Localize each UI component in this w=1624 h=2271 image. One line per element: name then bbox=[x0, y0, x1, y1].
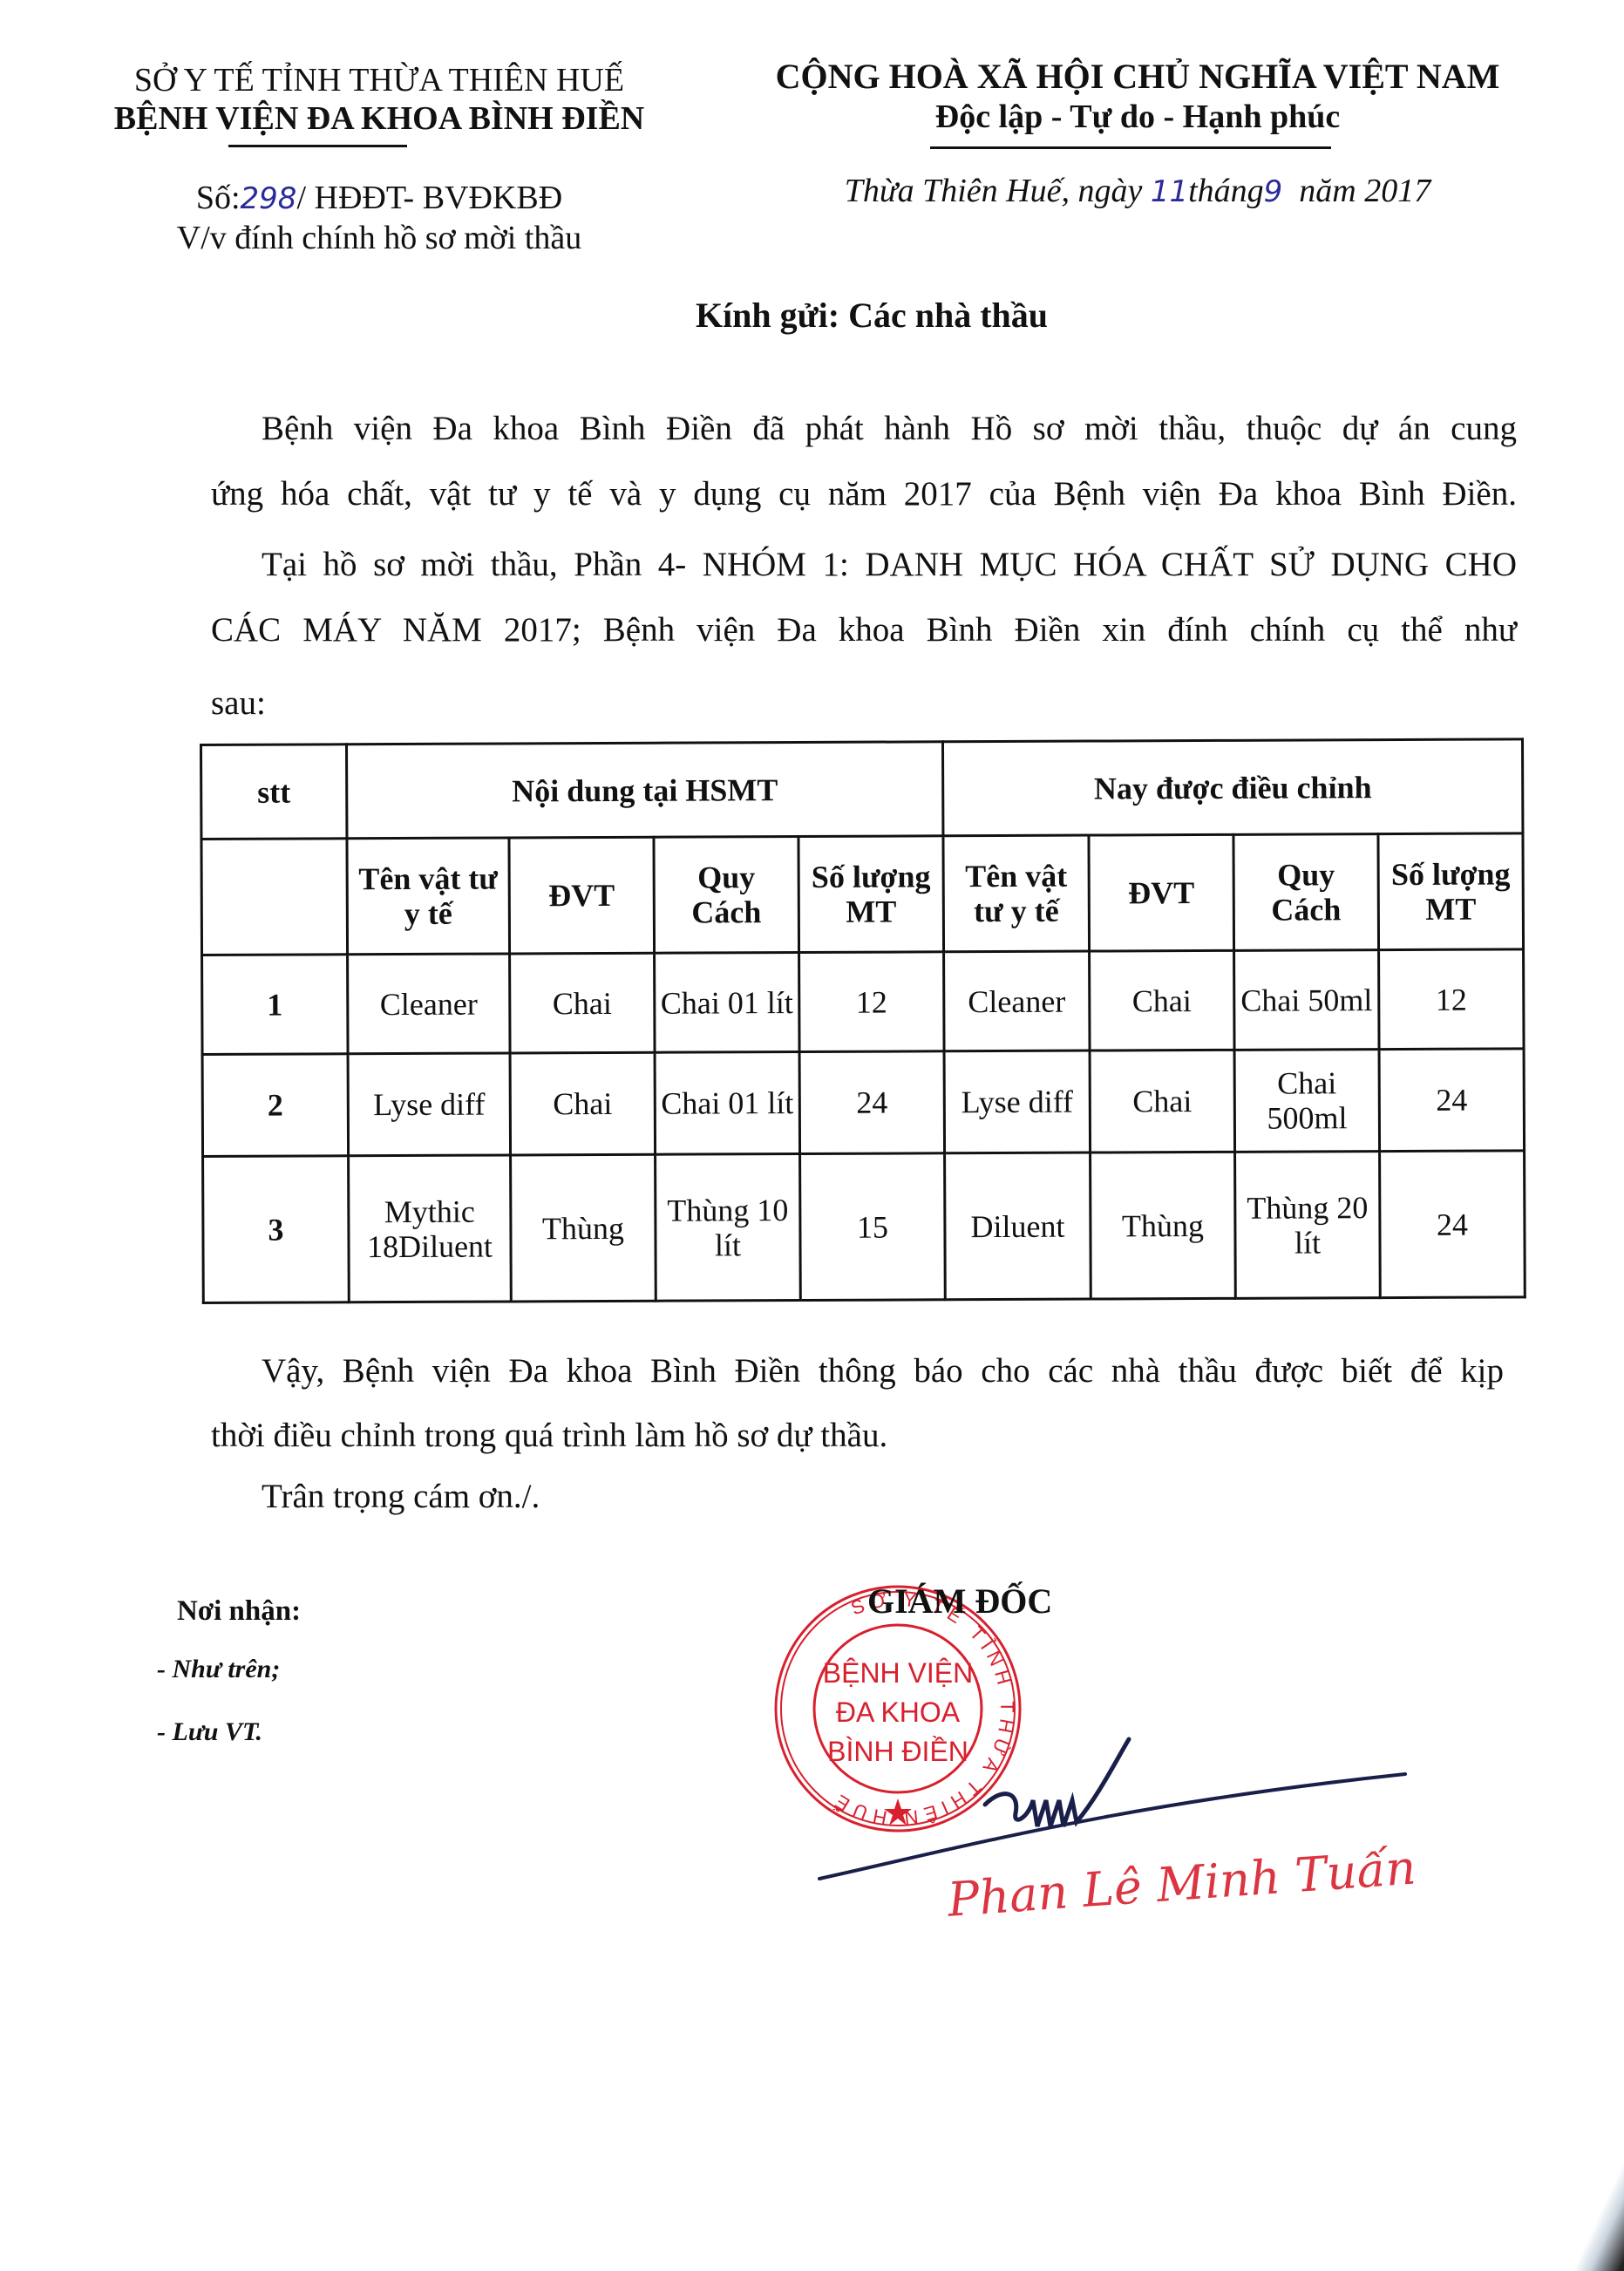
body-line-4: CÁC MÁY NĂM 2017; Bệnh viện Đa khoa Bình… bbox=[211, 613, 1517, 648]
subheader-orig-qty: Số lượng MT bbox=[798, 836, 944, 953]
subheader-orig-unit: ĐVT bbox=[509, 837, 655, 954]
doc-number-handwritten: 298 bbox=[241, 181, 297, 216]
cell-orig-spec: Chai 01 lít bbox=[655, 1052, 800, 1155]
place-date: Thừa Thiên Huế, ngày 11tháng9 năm 2017 bbox=[741, 172, 1534, 211]
header-left-underline bbox=[228, 145, 407, 147]
subheader-new-spec: Quy Cách bbox=[1233, 834, 1379, 951]
body-line-1: Bệnh viện Đa khoa Bình Điền đã phát hành… bbox=[262, 411, 1517, 446]
nation-title: CỘNG HOÀ XÃ HỘI CHỦ NGHĨA VIỆT NAM bbox=[741, 58, 1534, 96]
subheader-new-qty: Số lượng MT bbox=[1378, 833, 1524, 950]
correction-table: stt Nội dung tại HSMT Nay được điều chỉn… bbox=[200, 738, 1526, 1304]
cell-orig-unit: Chai bbox=[510, 1052, 656, 1155]
department-name: SỞ Y TẾ TỈNH THỪA THIÊN HUẾ bbox=[100, 61, 658, 99]
header-left: SỞ Y TẾ TỈNH THỪA THIÊN HUẾ BỆNH VIỆN ĐA… bbox=[100, 61, 658, 138]
closing-line-3: Trân trọng cám ơn./. bbox=[262, 1479, 1569, 1514]
header-right-underline bbox=[930, 146, 1331, 149]
subheader-orig-name: Tên vật tư y tế bbox=[347, 838, 510, 955]
cell-new-qty: 12 bbox=[1379, 949, 1525, 1050]
cell-stt: 2 bbox=[202, 1054, 349, 1157]
cell-new-spec: Chai 50ml bbox=[1234, 950, 1379, 1051]
body-line-3: Tại hồ sơ mời thầu, Phần 4- NHÓM 1: DANH… bbox=[262, 547, 1517, 582]
doc-number: Số:298/ HĐĐT- BVĐKBĐ bbox=[100, 179, 658, 218]
doc-subject: V/v đính chính hồ sơ mời thầu bbox=[100, 219, 658, 257]
cell-stt: 3 bbox=[203, 1156, 350, 1303]
cell-new-name: Lyse diff bbox=[944, 1051, 1091, 1153]
table-row: 2 Lyse diff Chai Chai 01 lít 24 Lyse dif… bbox=[202, 1049, 1525, 1157]
subheader-new-unit: ĐVT bbox=[1089, 834, 1234, 951]
cell-orig-qty: 12 bbox=[799, 952, 945, 1052]
cell-new-spec: Thùng 20 lít bbox=[1235, 1152, 1381, 1299]
closing-line-2: thời điều chỉnh trong quá trình làm hồ s… bbox=[211, 1418, 1519, 1453]
cell-new-name: Cleaner bbox=[944, 951, 1090, 1051]
table-subheader-row: Tên vật tư y tế ĐVT Quy Cách Số lượng MT… bbox=[201, 833, 1524, 955]
closing-line-1: Vậy, Bệnh viện Đa khoa Bình Điền thông b… bbox=[262, 1354, 1504, 1389]
nation-motto: Độc lập - Tự do - Hạnh phúc bbox=[741, 98, 1534, 136]
header-original-group: Nội dung tại HSMT bbox=[347, 742, 943, 839]
recipient-item: - Như trên; bbox=[157, 1655, 280, 1684]
body-line-5: sau: bbox=[211, 686, 1519, 721]
cell-orig-unit: Chai bbox=[510, 953, 655, 1053]
header-stt-empty bbox=[201, 839, 348, 955]
cell-orig-unit: Thùng bbox=[511, 1154, 656, 1302]
cell-stt: 1 bbox=[202, 955, 348, 1055]
table-group-header-row: stt Nội dung tại HSMT Nay được điều chỉn… bbox=[201, 739, 1524, 840]
cell-orig-qty: 24 bbox=[799, 1051, 945, 1154]
body-line-2: ứng hóa chất, vật tư y tế và y dụng cụ n… bbox=[211, 477, 1517, 512]
cell-new-qty: 24 bbox=[1380, 1151, 1525, 1298]
subheader-new-name: Tên vật tư y tế bbox=[943, 835, 1090, 952]
recipients-title: Nơi nhận: bbox=[177, 1595, 301, 1628]
cell-new-unit: Thùng bbox=[1091, 1152, 1236, 1299]
table-row: 1 Cleaner Chai Chai 01 lít 12 Cleaner Ch… bbox=[202, 949, 1525, 1055]
header-stt: stt bbox=[201, 745, 347, 840]
cell-orig-spec: Thùng 10 lít bbox=[656, 1154, 801, 1302]
cell-new-unit: Chai bbox=[1090, 950, 1234, 1051]
day-handwritten: 11 bbox=[1151, 174, 1188, 209]
cell-orig-name: Lyse diff bbox=[348, 1053, 511, 1156]
cell-orig-spec: Chai 01 lít bbox=[655, 953, 799, 1053]
cell-orig-qty: 15 bbox=[800, 1153, 946, 1301]
cell-new-name: Diluent bbox=[945, 1152, 1091, 1300]
page-corner-shadow bbox=[1572, 2140, 1624, 2271]
cell-orig-name: Mythic 18Diluent bbox=[349, 1155, 512, 1302]
cell-orig-name: Cleaner bbox=[348, 954, 510, 1054]
subheader-orig-spec: Quy Cách bbox=[654, 837, 799, 954]
month-handwritten: 9 bbox=[1264, 174, 1283, 209]
hospital-name: BỆNH VIỆN ĐA KHOA BÌNH ĐIỀN bbox=[100, 99, 658, 138]
signature-title: GIÁM ĐỐC bbox=[867, 1581, 1052, 1622]
recipient-item: - Lưu VT. bbox=[157, 1717, 262, 1747]
header-adjusted-group: Nay được điều chỉnh bbox=[943, 739, 1524, 836]
table-row: 3 Mythic 18Diluent Thùng Thùng 10 lít 15… bbox=[203, 1151, 1525, 1303]
cell-new-unit: Chai bbox=[1090, 1050, 1235, 1152]
cell-new-spec: Chai 500ml bbox=[1234, 1050, 1380, 1152]
salutation: Kính gửi: Các nhà thầu bbox=[436, 296, 1308, 335]
cell-new-qty: 24 bbox=[1379, 1049, 1525, 1152]
